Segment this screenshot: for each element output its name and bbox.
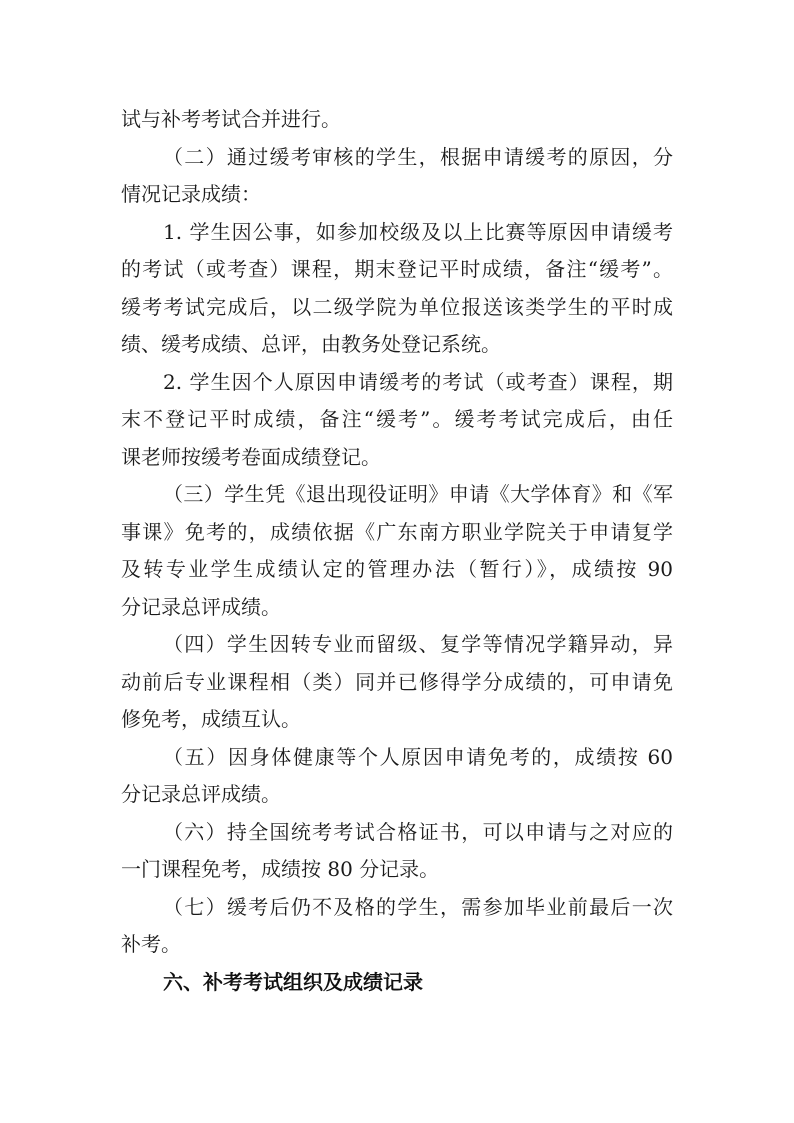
paragraph-continuation: 试与补考考试合并进行。 [121, 101, 673, 139]
paragraph-6-line-1: （六）持全国统考考试合格证书，可以申请与之对应的 [121, 814, 673, 852]
paragraph-2-1-line-3: 缓考考试完成后，以二级学院为单位报送该类学生的平时成 [121, 289, 673, 327]
paragraph-7-line-2: 补考。 [121, 926, 673, 964]
paragraph-4-line-3: 修免考，成绩互认。 [121, 701, 673, 739]
paragraph-2-line-1: （二）通过缓考审核的学生，根据申请缓考的原因，分 [121, 139, 673, 177]
paragraph-6-line-2: 一门课程免考，成绩按 80 分记录。 [121, 851, 673, 889]
paragraph-2-2-line-1: 2. 学生因个人原因申请缓考的考试（或考查）课程，期 [121, 364, 673, 402]
paragraph-5-line-2: 分记录总评成绩。 [121, 776, 673, 814]
document-body: 试与补考考试合并进行。 （二）通过缓考审核的学生，根据申请缓考的原因，分 情况记… [121, 101, 673, 1001]
paragraph-4-line-2: 动前后专业课程相（类）同并已修得学分成绩的，可申请免 [121, 664, 673, 702]
paragraph-2-2-line-2: 末不登记平时成绩，备注“缓考”。缓考考试完成后，由任 [121, 401, 673, 439]
paragraph-7-line-1: （七）缓考后仍不及格的学生，需参加毕业前最后一次 [121, 889, 673, 927]
paragraph-5-line-1: （五）因身体健康等个人原因申请免考的，成绩按 60 [121, 739, 673, 777]
paragraph-2-line-2: 情况记录成绩： [121, 176, 673, 214]
paragraph-2-2-line-3: 课老师按缓考卷面成绩登记。 [121, 439, 673, 477]
paragraph-2-1-line-2: 的考试（或考查）课程，期末登记平时成绩，备注“缓考”。 [121, 251, 673, 289]
paragraph-3-line-1: （三）学生凭《退出现役证明》申请《大学体育》和《军 [121, 476, 673, 514]
paragraph-2-1-line-1: 1. 学生因公事，如参加校级及以上比赛等原因申请缓考 [121, 214, 673, 252]
paragraph-3-line-3: 及转专业学生成绩认定的管理办法（暂行）》，成绩按 90 [121, 551, 673, 589]
paragraph-3-line-4: 分记录总评成绩。 [121, 589, 673, 627]
paragraph-2-1-line-4: 绩、缓考成绩、总评，由教务处登记系统。 [121, 326, 673, 364]
document-page: 试与补考考试合并进行。 （二）通过缓考审核的学生，根据申请缓考的原因，分 情况记… [0, 0, 794, 1123]
paragraph-3-line-2: 事课》免考的，成绩依据《广东南方职业学院关于申请复学 [121, 514, 673, 552]
section-heading: 六、补考考试组织及成绩记录 [121, 964, 673, 1002]
paragraph-4-line-1: （四）学生因转专业而留级、复学等情况学籍异动，异 [121, 626, 673, 664]
